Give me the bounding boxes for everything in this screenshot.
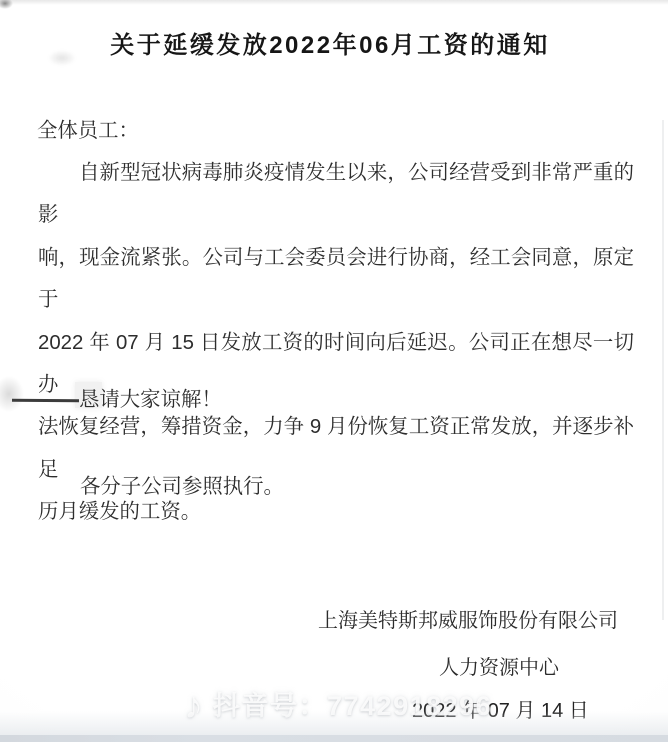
notice-title: 关于延缓发放2022年06月工资的通知 (0, 25, 664, 60)
signature-company: 上海美特斯邦威服饰股份有限公司 (0, 604, 618, 633)
document-page: 关于延缓发放2022年06月工资的通知 全体员工： 自新型冠状病毒肺炎疫情发生以… (0, 0, 668, 742)
directive-line: 各分子公司参照执行。 (38, 470, 284, 499)
plea-line: 恳请大家谅解！ (38, 383, 222, 412)
signature-department: 人力资源中心 (439, 651, 559, 680)
photo-bottom-edge (0, 735, 668, 742)
notice-document: 关于延缓发放2022年06月工资的通知 全体员工： 自新型冠状病毒肺炎疫情发生以… (0, 0, 668, 742)
photo-bottom-fade (0, 711, 668, 735)
body-line: 自新型冠状病毒肺炎疫情发生以来，公司经营受到非常严重的影 (38, 152, 634, 237)
body-line: 响，现金流紧张。公司与工会委员会进行协商，经工会同意，原定于 (38, 237, 634, 322)
salutation: 全体员工： (37, 114, 139, 143)
